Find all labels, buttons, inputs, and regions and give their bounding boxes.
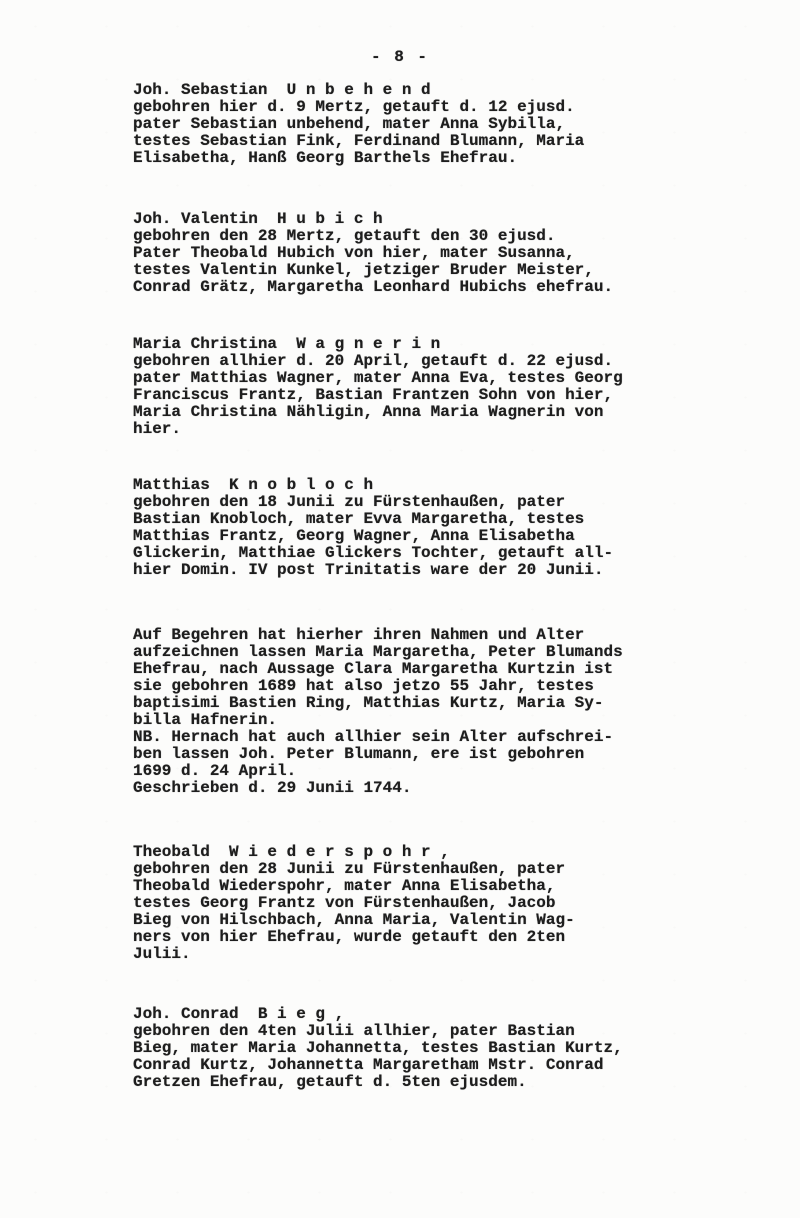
entry-text-line: Pater Theobald Hubich von hier, mater Su… [133,245,693,262]
entry-text-line: Conrad Grätz, Margaretha Leonhard Hubich… [133,279,693,296]
register-entry: Theobald W i e d e r s p o h r ,gebohren… [133,844,693,963]
entry-text-line: ners von hier Ehefrau, wurde getauft den… [133,929,693,946]
entry-heading: Joh. Valentin H u b i c h [133,211,693,228]
register-entries: Joh. Sebastian U n b e h e n dgebohren h… [133,82,693,1091]
entry-text-line: gebohren den 28 Junii zu Fürstenhaußen, … [133,861,693,878]
page-number: - 8 - [130,49,670,66]
entry-text-line: Conrad Kurtz, Johannetta Margaretham Mst… [133,1057,693,1074]
entry-text-line: gebohren den 18 Junii zu Fürstenhaußen, … [133,494,693,511]
register-entry: Joh. Conrad B i e g ,gebohren den 4ten J… [133,1006,693,1091]
entry-text-line: NB. Hernach hat auch allhier sein Alter … [133,729,693,746]
entry-text-line: gebohren den 4ten Julii allhier, pater B… [133,1023,693,1040]
scanned-document-page: - 8 - Joh. Sebastian U n b e h e n dgebo… [0,0,800,1218]
entry-text-line: Bieg, mater Maria Johannetta, testes Bas… [133,1040,693,1057]
entry-text-line: aufzeichnen lassen Maria Margaretha, Pet… [133,644,693,661]
entry-text-line: hier. [133,421,693,438]
entry-text-line: testes Sebastian Fink, Ferdinand Blumann… [133,133,693,150]
entry-text-line: Matthias Frantz, Georg Wagner, Anna Elis… [133,528,693,545]
entry-text-line: testes Valentin Kunkel, jetziger Bruder … [133,262,693,279]
entry-text-line: Gretzen Ehefrau, getauft d. 5ten ejusdem… [133,1074,693,1091]
entry-text-line: Bieg von Hilschbach, Anna Maria, Valenti… [133,912,693,929]
entry-heading: Theobald W i e d e r s p o h r , [133,844,693,861]
entry-heading: Joh. Sebastian U n b e h e n d [133,82,693,99]
entry-text-line: baptisimi Bastien Ring, Matthias Kurtz, … [133,695,693,712]
entry-text-line: Ehefrau, nach Aussage Clara Margaretha K… [133,661,693,678]
entry-text-line: Julii. [133,946,693,963]
entry-heading: Matthias K n o b l o c h [133,477,693,494]
entry-text-line: Theobald Wiederspohr, mater Anna Elisabe… [133,878,693,895]
entry-text-line: Franciscus Frantz, Bastian Frantzen Sohn… [133,387,693,404]
entry-text-line: billa Hafnerin. [133,712,693,729]
entry-text-line: Elisabetha, Hanß Georg Barthels Ehefrau. [133,150,693,167]
entry-heading: Joh. Conrad B i e g , [133,1006,693,1023]
entry-text-line: testes Georg Frantz von Fürstenhaußen, J… [133,895,693,912]
entry-text-line: Geschrieben d. 29 Junii 1744. [133,780,693,797]
entry-text-line: ben lassen Joh. Peter Blumann, ere ist g… [133,746,693,763]
entry-text-line: hier Domin. IV post Trinitatis ware der … [133,562,693,579]
register-entry: Matthias K n o b l o c hgebohren den 18 … [133,477,693,579]
entry-text-line: pater Sebastian unbehend, mater Anna Syb… [133,116,693,133]
entry-text-line: 1699 d. 24 April. [133,763,693,780]
register-entry: Maria Christina W a g n e r i ngebohren … [133,336,693,438]
entry-text-line: gebohren hier d. 9 Mertz, getauft d. 12 … [133,99,693,116]
entry-text-line: Glickerin, Matthiae Glickers Tochter, ge… [133,545,693,562]
entry-text-line: gebohren den 28 Mertz, getauft den 30 ej… [133,228,693,245]
register-entry: Auf Begehren hat hierher ihren Nahmen un… [133,627,693,797]
register-entry: Joh. Sebastian U n b e h e n dgebohren h… [133,82,693,167]
entry-text-line: sie gebohren 1689 hat also jetzo 55 Jahr… [133,678,693,695]
entry-text-line: Maria Christina Nähligin, Anna Maria Wag… [133,404,693,421]
entry-text-line: pater Matthias Wagner, mater Anna Eva, t… [133,370,693,387]
entry-heading: Auf Begehren hat hierher ihren Nahmen un… [133,627,693,644]
register-entry: Joh. Valentin H u b i c hgebohren den 28… [133,211,693,296]
entry-heading: Maria Christina W a g n e r i n [133,336,693,353]
entry-text-line: gebohren allhier d. 20 April, getauft d.… [133,353,693,370]
entry-text-line: Bastian Knobloch, mater Evva Margaretha,… [133,511,693,528]
